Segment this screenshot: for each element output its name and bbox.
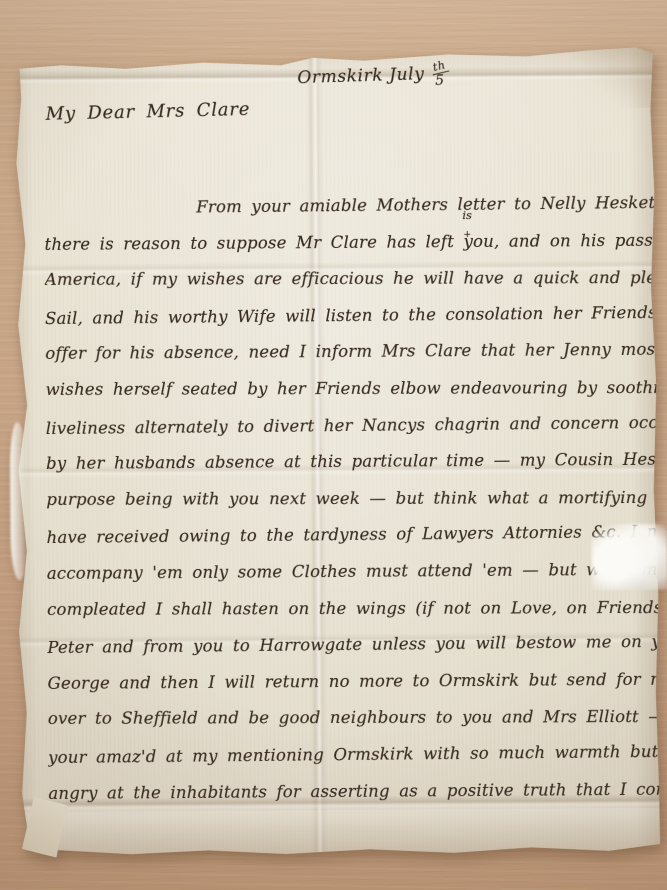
date-day-number: 5 <box>435 73 445 87</box>
body-line: over to Sheffield and be good neighbours… <box>48 699 660 738</box>
body-line: America, if my wishes are efficacious he… <box>45 260 657 299</box>
body-line: Sail, and his worthy Wife will listen to… <box>45 295 657 338</box>
desk-background: Ormskirk July th 5 My Dear Mrs Clare is … <box>0 0 667 890</box>
body-line: have received owing to the tardyness of … <box>46 514 658 557</box>
date-ordinal-suffix: th <box>430 59 449 76</box>
body-line: liveliness alternately to divert her Nan… <box>46 404 658 447</box>
body-line: George and then I will return no more to… <box>47 661 659 702</box>
bottom-fold-strip <box>15 808 661 859</box>
body-line: Peter and from you to Harrowgate unless … <box>47 624 659 667</box>
salutation: My Dear Mrs Clare <box>45 99 250 125</box>
body-line: wishes herself seated by her Friends elb… <box>46 370 658 409</box>
date-place-month: Ormskirk July <box>297 64 425 88</box>
body-line: there is reason to suppose Mr Clare has … <box>44 222 656 263</box>
letter-paper: Ormskirk July th 5 My Dear Mrs Clare is … <box>9 46 661 858</box>
date-day-fraction: th 5 <box>431 60 449 88</box>
body-line: purpose being with you next week — but t… <box>46 480 658 519</box>
body-line: offer for his absence, need I inform Mrs… <box>45 332 657 373</box>
letter-body: From your amiable Mothers letter to Nell… <box>44 186 660 812</box>
date-line: Ormskirk July th 5 <box>297 63 448 92</box>
body-line: accompany 'em only some Clothes must att… <box>47 552 659 593</box>
top-right-corner-shadow <box>560 46 655 109</box>
body-line: by her husbands absence at this particul… <box>46 442 658 483</box>
paper-tear-tuft-right <box>592 524 667 591</box>
paper-fray-left-edge <box>10 422 28 580</box>
body-line: From your amiable Mothers letter to Nell… <box>44 186 656 228</box>
letter-sheet: Ormskirk July th 5 My Dear Mrs Clare is … <box>9 46 661 858</box>
body-line: compleated I shall hasten on the wings (… <box>47 589 659 628</box>
body-line: your amaz'd at my mentioning Ormskirk wi… <box>48 734 660 777</box>
body-line: angry at the inhabitants for asserting a… <box>48 771 660 812</box>
